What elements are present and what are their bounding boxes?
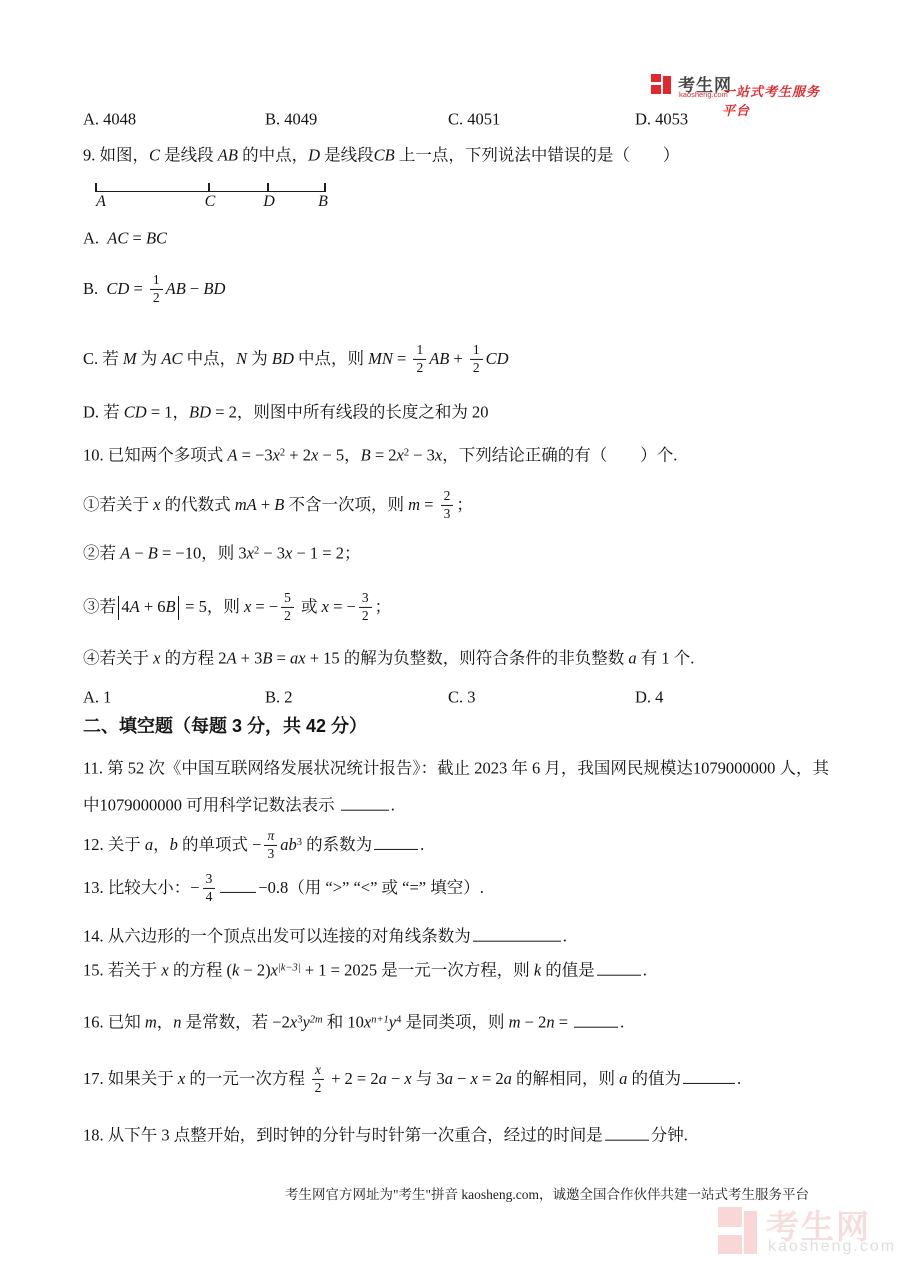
- text-run: 的代数式: [160, 495, 234, 514]
- q10-option-a: A. 1: [83, 688, 111, 709]
- text-run: AB: [166, 279, 186, 298]
- blank-underline: [683, 1070, 735, 1084]
- section-2-title: 二、填空题（每题 3 分，共 42 分）: [83, 715, 367, 738]
- superscript: n+1: [371, 1015, 389, 1026]
- superscript: |k−3|: [278, 963, 301, 974]
- text-run: x: [322, 597, 329, 616]
- text-run: 中点，: [182, 349, 236, 368]
- q9-option-a: A. AC = BC: [83, 229, 167, 250]
- text-run: B: [274, 495, 284, 514]
- fraction: π3: [264, 829, 277, 861]
- text-run: = −10，则 3: [158, 544, 247, 563]
- text-run: B: [148, 544, 158, 563]
- text-run: A: [227, 446, 237, 465]
- text-run: 为: [137, 349, 162, 368]
- text-run: 9. 如图，: [83, 146, 149, 165]
- superscript: 2m: [310, 1015, 323, 1026]
- logo-tagline: 一站式考生服务平台: [722, 81, 826, 119]
- text-run: M: [123, 349, 137, 368]
- text-run: D: [308, 146, 320, 165]
- text-run: ，: [153, 835, 170, 854]
- exam-page: 考生网 kaosheng.com 一站式考生服务平台 A C D B A. 40…: [0, 0, 900, 1272]
- blank-underline: [473, 928, 561, 942]
- text-run: BD: [272, 349, 294, 368]
- text-run: 的解相同，则: [512, 1069, 619, 1088]
- blank-underline: [605, 1127, 649, 1141]
- text-run: x: [471, 1069, 478, 1088]
- text-run: 是线段: [320, 146, 374, 165]
- text-run: CD: [486, 349, 509, 368]
- text-run: 是常数，若 −2: [182, 1013, 290, 1032]
- question-11-line-2: 中1079000000 可用科学记数法表示 .: [83, 796, 395, 817]
- text-run: 分钟.: [651, 1126, 688, 1145]
- text-run: a: [504, 1069, 512, 1088]
- abs-bar: [118, 596, 119, 620]
- text-run: − 3: [259, 544, 285, 563]
- text-run: ，: [157, 1013, 174, 1032]
- text-run: 和 10: [323, 1013, 364, 1032]
- q10-statement-3: ③若4A + 6B = 5，则 x = −52 或 x = −32；: [83, 592, 391, 624]
- text-run: 是线段: [160, 146, 218, 165]
- text-run: A: [120, 544, 130, 563]
- text-run: + 2: [285, 446, 311, 465]
- question-17: 17. 如果关于 x 的一元一次方程 x2 + 2 = 2a − x 与 3a …: [83, 1064, 741, 1096]
- text-run: ；: [456, 495, 473, 514]
- fraction: 34: [203, 872, 216, 904]
- text-run: x: [273, 446, 280, 465]
- text-run: D. 4: [635, 688, 663, 707]
- text-run: N: [236, 349, 247, 368]
- q10-option-c: C. 3: [448, 688, 476, 709]
- text-run: B. 2: [265, 688, 293, 707]
- text-run: b: [170, 835, 178, 854]
- q9-option-c: C. 若 M 为 AC 中点，N 为 BD 中点，则 MN = 12AB + 1…: [83, 344, 509, 376]
- text-run: C: [149, 146, 160, 165]
- text-run: n: [546, 1013, 554, 1032]
- text-run: + 1 = 2025 是一元一次方程，则: [301, 961, 534, 980]
- text-run: + 6: [140, 597, 166, 616]
- text-run: 是同类项，则: [401, 1013, 508, 1032]
- text-run: 的方程 2: [160, 649, 226, 668]
- text-run: n: [173, 1013, 181, 1032]
- text-run: MN: [368, 349, 393, 368]
- text-run: −0.8（用 “>” “<” 或 “=” 填空）.: [258, 878, 484, 897]
- text-run: A: [226, 649, 236, 668]
- fraction: 12: [413, 343, 426, 375]
- blank-underline: [374, 836, 418, 850]
- tick-a: [95, 183, 97, 192]
- text-run: .: [737, 1069, 741, 1088]
- text-run: 16. 已知: [83, 1013, 145, 1032]
- q8-option-a: A. 4048: [83, 110, 136, 131]
- text-run: − 3: [409, 446, 435, 465]
- text-run: a: [628, 649, 636, 668]
- kaosheng-watermark: 考生网 kaosheng.com: [718, 1205, 898, 1267]
- segment-diagram: A C D B: [95, 181, 326, 215]
- text-run: AB: [429, 349, 449, 368]
- text-run: .: [391, 796, 395, 815]
- text-run: D. 若: [83, 403, 124, 422]
- q8-option-d: D. 4053: [635, 110, 688, 131]
- q10-statement-4: ④若关于 x 的方程 2A + 3B = ax + 15 的解为负整数，则符合条…: [83, 649, 694, 670]
- text-run: = −: [329, 597, 356, 616]
- q10-option-b: B. 2: [265, 688, 293, 709]
- watermark-block-right-bar: [744, 1211, 757, 1254]
- text-run: − 1 = 2；: [292, 544, 360, 563]
- text-run: 10. 已知两个多项式: [83, 446, 227, 465]
- logo-domain-text: kaosheng.com: [679, 90, 728, 99]
- text-run: .: [643, 961, 647, 980]
- text-run: 与 3: [412, 1069, 445, 1088]
- kaosheng-logo: 考生网 kaosheng.com 一站式考生服务平台: [651, 71, 826, 101]
- text-run: .: [620, 1013, 624, 1032]
- text-run: = 5，则: [181, 597, 244, 616]
- text-run: BC: [146, 229, 167, 248]
- text-run: C. 3: [448, 688, 476, 707]
- text-run: + 15 的解为负整数，则符合条件的非负整数: [306, 649, 629, 668]
- text-run: 18. 从下午 3 点整开始，到时钟的分针与时针第一次重合，经过的时间是: [83, 1126, 603, 1145]
- text-run: 有 1 个.: [637, 649, 695, 668]
- text-run: = 1，: [147, 403, 189, 422]
- text-run: AC: [161, 349, 182, 368]
- text-run: = 2: [371, 446, 397, 465]
- text-run: B. 4049: [265, 110, 317, 129]
- kaosheng-logo-icon: [651, 73, 675, 95]
- text-run: = 2: [478, 1069, 504, 1088]
- text-run: 11. 第 52 次《中国互联网络发展状况统计报告》：截止 2023 年 6 月…: [83, 759, 829, 778]
- question-13: 13. 比较大小：−34−0.8（用 “>” “<” 或 “=” 填空）.: [83, 873, 484, 905]
- text-run: mA: [235, 495, 257, 514]
- fraction: 32: [359, 591, 372, 623]
- blank-underline: [574, 1014, 618, 1028]
- text-run: y: [389, 1013, 396, 1032]
- text-run: ；: [375, 597, 392, 616]
- watermark-logo-icon: [718, 1207, 758, 1255]
- text-run: ①若关于: [83, 495, 153, 514]
- text-run: ④若关于: [83, 649, 153, 668]
- text-run: = 2，则图中所有线段的长度之和为 20: [211, 403, 488, 422]
- text-run: 4: [121, 597, 129, 616]
- watermark-block-top-left: [718, 1207, 742, 1227]
- text-run: A. 4048: [83, 110, 136, 129]
- text-run: =: [272, 649, 290, 668]
- logo-block-right-bar: [663, 76, 671, 94]
- fraction: x2: [312, 1063, 324, 1095]
- text-run: − 5，: [318, 446, 360, 465]
- tick-d: [267, 183, 269, 192]
- question-10: 10. 已知两个多项式 A = −3x2 + 2x − 5，B = 2x2 − …: [83, 446, 677, 467]
- watermark-domain-text: kaosheng.com: [768, 1238, 896, 1256]
- q10-option-d: D. 4: [635, 688, 663, 709]
- text-run: D. 4053: [635, 110, 688, 129]
- text-run: 13. 比较大小：−: [83, 878, 200, 897]
- text-run: B.: [83, 279, 106, 298]
- text-run: a: [145, 835, 153, 854]
- text-run: a: [379, 1069, 387, 1088]
- text-run: m: [509, 1013, 521, 1032]
- text-run: = −: [251, 597, 278, 616]
- text-run: 上一点，下列说法中错误的是（ ）: [395, 146, 680, 165]
- logo-block-bottom-left: [651, 85, 661, 94]
- q10-statement-1: ①若关于 x 的代数式 mA + B 不含一次项，则 m = 23；: [83, 490, 473, 522]
- text-run: 的方程 (: [169, 961, 232, 980]
- text-run: m: [408, 495, 420, 514]
- text-run: ax: [290, 649, 306, 668]
- text-run: A. 1: [83, 688, 111, 707]
- text-run: 的值为: [627, 1069, 681, 1088]
- text-run: B: [262, 649, 272, 668]
- text-run: ab: [280, 835, 297, 854]
- question-11-line-1: 11. 第 52 次《中国互联网络发展状况统计报告》：截止 2023 年 6 月…: [83, 759, 829, 780]
- footer-note: 考生网官方网址为"考生"拼音 kaosheng.com，诚邀全国合作伙伴共建一站…: [285, 1183, 809, 1203]
- q8-option-b: B. 4049: [265, 110, 317, 131]
- text-run: 的单项式 −: [178, 835, 262, 854]
- text-run: 不含一次项，则: [284, 495, 408, 514]
- q10-statement-2: ②若 A − B = −10，则 3x2 − 3x − 1 = 2；: [83, 544, 360, 565]
- text-run: a: [445, 1069, 453, 1088]
- text-run: 12. 关于: [83, 835, 145, 854]
- logo-block-top-left: [651, 74, 661, 82]
- text-run: 的值是: [541, 961, 595, 980]
- text-run: x: [247, 544, 254, 563]
- text-run: −: [453, 1069, 471, 1088]
- fraction: 12: [470, 343, 483, 375]
- text-run: +: [257, 495, 275, 514]
- fraction: 23: [441, 489, 454, 521]
- text-run: 为: [247, 349, 272, 368]
- text-run: 的一元一次方程: [185, 1069, 309, 1088]
- text-run: BD: [203, 279, 225, 298]
- text-run: − 2): [239, 961, 270, 980]
- text-run: + 3: [237, 649, 263, 668]
- text-run: B: [361, 446, 371, 465]
- text-run: C. 4051: [448, 110, 500, 129]
- point-label-a: A: [96, 193, 106, 211]
- text-run: 17. 如果关于: [83, 1069, 178, 1088]
- text-run: x: [404, 1069, 411, 1088]
- text-run: CD: [124, 403, 147, 422]
- text-run: =: [393, 349, 411, 368]
- text-run: AC: [107, 229, 128, 248]
- text-run: −: [186, 279, 204, 298]
- text-run: =: [129, 279, 147, 298]
- text-run: =: [420, 495, 438, 514]
- text-run: = −3: [237, 446, 272, 465]
- fraction: 12: [150, 273, 163, 305]
- text-run: CB: [374, 146, 395, 165]
- text-run: 的中点，: [238, 146, 308, 165]
- text-run: +: [449, 349, 467, 368]
- point-label-b: B: [318, 193, 328, 211]
- text-run: + 2 = 2: [327, 1069, 379, 1088]
- text-run: .: [563, 927, 567, 946]
- text-run: A.: [83, 229, 107, 248]
- text-run: 的系数为: [302, 835, 372, 854]
- point-label-d: D: [263, 193, 275, 211]
- text-run: BD: [189, 403, 211, 422]
- point-label-c: C: [205, 193, 216, 211]
- text-run: y: [302, 1013, 309, 1032]
- text-run: 中点，则: [294, 349, 368, 368]
- blank-underline: [597, 962, 641, 976]
- question-15: 15. 若关于 x 的方程 (k − 2)x|k−3| + 1 = 2025 是…: [83, 961, 647, 982]
- blank-underline: [220, 879, 256, 893]
- question-14: 14. 从六边形的一个顶点出发可以连接的对角线条数为.: [83, 927, 567, 948]
- tick-b: [324, 183, 326, 192]
- text-run: 14. 从六边形的一个顶点出发可以连接的对角线条数为: [83, 927, 471, 946]
- text-run: − 2: [521, 1013, 547, 1032]
- abs-bar: [178, 596, 179, 620]
- question-16: 16. 已知 m，n 是常数，若 −2x3y2m 和 10xn+1y4 是同类项…: [83, 1013, 624, 1034]
- segment-line: [95, 191, 326, 192]
- text-run: C. 若: [83, 349, 123, 368]
- q9-option-b: B. CD = 12AB − BD: [83, 274, 225, 306]
- text-run: ③若: [83, 597, 116, 616]
- text-run: =: [555, 1013, 573, 1032]
- text-run: 二、填空题（每题 3 分，共 42 分）: [83, 716, 367, 736]
- text-run: B: [166, 597, 176, 616]
- text-run: ②若: [83, 544, 120, 563]
- text-run: CD: [106, 279, 129, 298]
- text-run: ，下列结论正确的有（ ）个.: [442, 446, 677, 465]
- tick-c: [208, 183, 210, 192]
- q9-option-d: D. 若 CD = 1，BD = 2，则图中所有线段的长度之和为 20: [83, 403, 488, 424]
- question-12: 12. 关于 a，b 的单项式 −π3ab3 的系数为.: [83, 830, 424, 862]
- text-run: AB: [218, 146, 238, 165]
- question-18: 18. 从下午 3 点整开始，到时钟的分针与时针第一次重合，经过的时间是分钟.: [83, 1126, 688, 1147]
- text-run: .: [420, 835, 424, 854]
- text-run: x: [161, 961, 168, 980]
- watermark-block-bottom-left: [718, 1235, 742, 1254]
- text-run: 15. 若关于: [83, 961, 161, 980]
- text-run: 或: [297, 597, 322, 616]
- text-run: =: [128, 229, 146, 248]
- text-run: −: [387, 1069, 405, 1088]
- fraction: 52: [281, 591, 294, 623]
- blank-underline: [341, 797, 389, 811]
- text-run: m: [145, 1013, 157, 1032]
- text-run: −: [130, 544, 148, 563]
- text-run: x: [271, 961, 278, 980]
- text-run: A: [130, 597, 140, 616]
- q8-option-c: C. 4051: [448, 110, 500, 131]
- text-run: 中1079000000 可用科学记数法表示: [83, 796, 339, 815]
- question-9: 9. 如图，C 是线段 AB 的中点，D 是线段CB 上一点，下列说法中错误的是…: [83, 146, 679, 167]
- text-run: x: [397, 446, 404, 465]
